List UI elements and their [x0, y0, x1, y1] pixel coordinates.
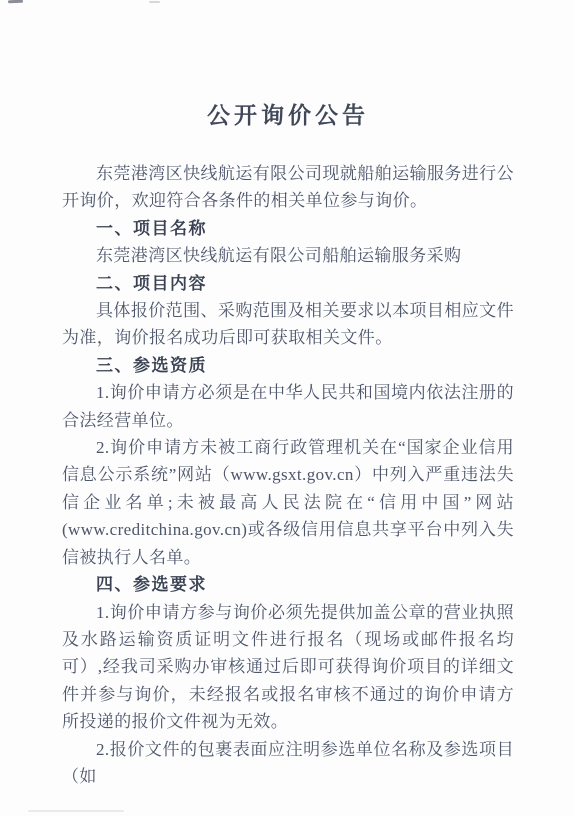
- qualifications-item-1: 1.询价申请方必须是在中华人民共和国境内依法注册的合法经营单位。: [62, 379, 514, 434]
- section-heading-project-name: 一、项目名称: [62, 215, 514, 242]
- section-heading-project-content: 二、项目内容: [62, 270, 514, 297]
- document-title: 公开询价公告: [62, 99, 514, 133]
- scan-artifact-bottom-left: [28, 810, 124, 812]
- intro-paragraph: 东莞港湾区快线航运有限公司现就船舶运输服务进行公开询价，欢迎符合各条件的相关单位…: [62, 160, 514, 215]
- section-paragraph-project-content: 具体报价范围、采购范围及相关要求以本项目相应文件为准，询价报名成功后即可获取相关…: [62, 297, 514, 352]
- section-heading-requirements: 四、参选要求: [62, 571, 514, 598]
- section-heading-qualifications: 三、参选资质: [62, 352, 514, 379]
- document-content: 公开询价公告 东莞港湾区快线航运有限公司现就船舶运输服务进行公开询价，欢迎符合各…: [62, 99, 514, 790]
- qualifications-item-2: 2.询价申请方未被工商行政管理机关在“国家企业信用信息公示系统”网站（www.g…: [62, 434, 514, 571]
- document-page: 公开询价公告 东莞港湾区快线航运有限公司现就船舶运输服务进行公开询价，欢迎符合各…: [0, 0, 574, 816]
- requirements-item-2: 2.报价文件的包裹表面应注明参选单位名称及参选项目（如: [62, 736, 514, 791]
- requirements-item-1: 1.询价申请方参与询价必须先提供加盖公章的营业执照及水路运输资质证明文件进行报名…: [62, 599, 514, 736]
- scan-artifact-top-left: [8, 0, 23, 3]
- scan-artifact-top-center: [149, 1, 160, 3]
- section-paragraph-project-name: 东莞港湾区快线航运有限公司船舶运输服务采购: [62, 242, 514, 269]
